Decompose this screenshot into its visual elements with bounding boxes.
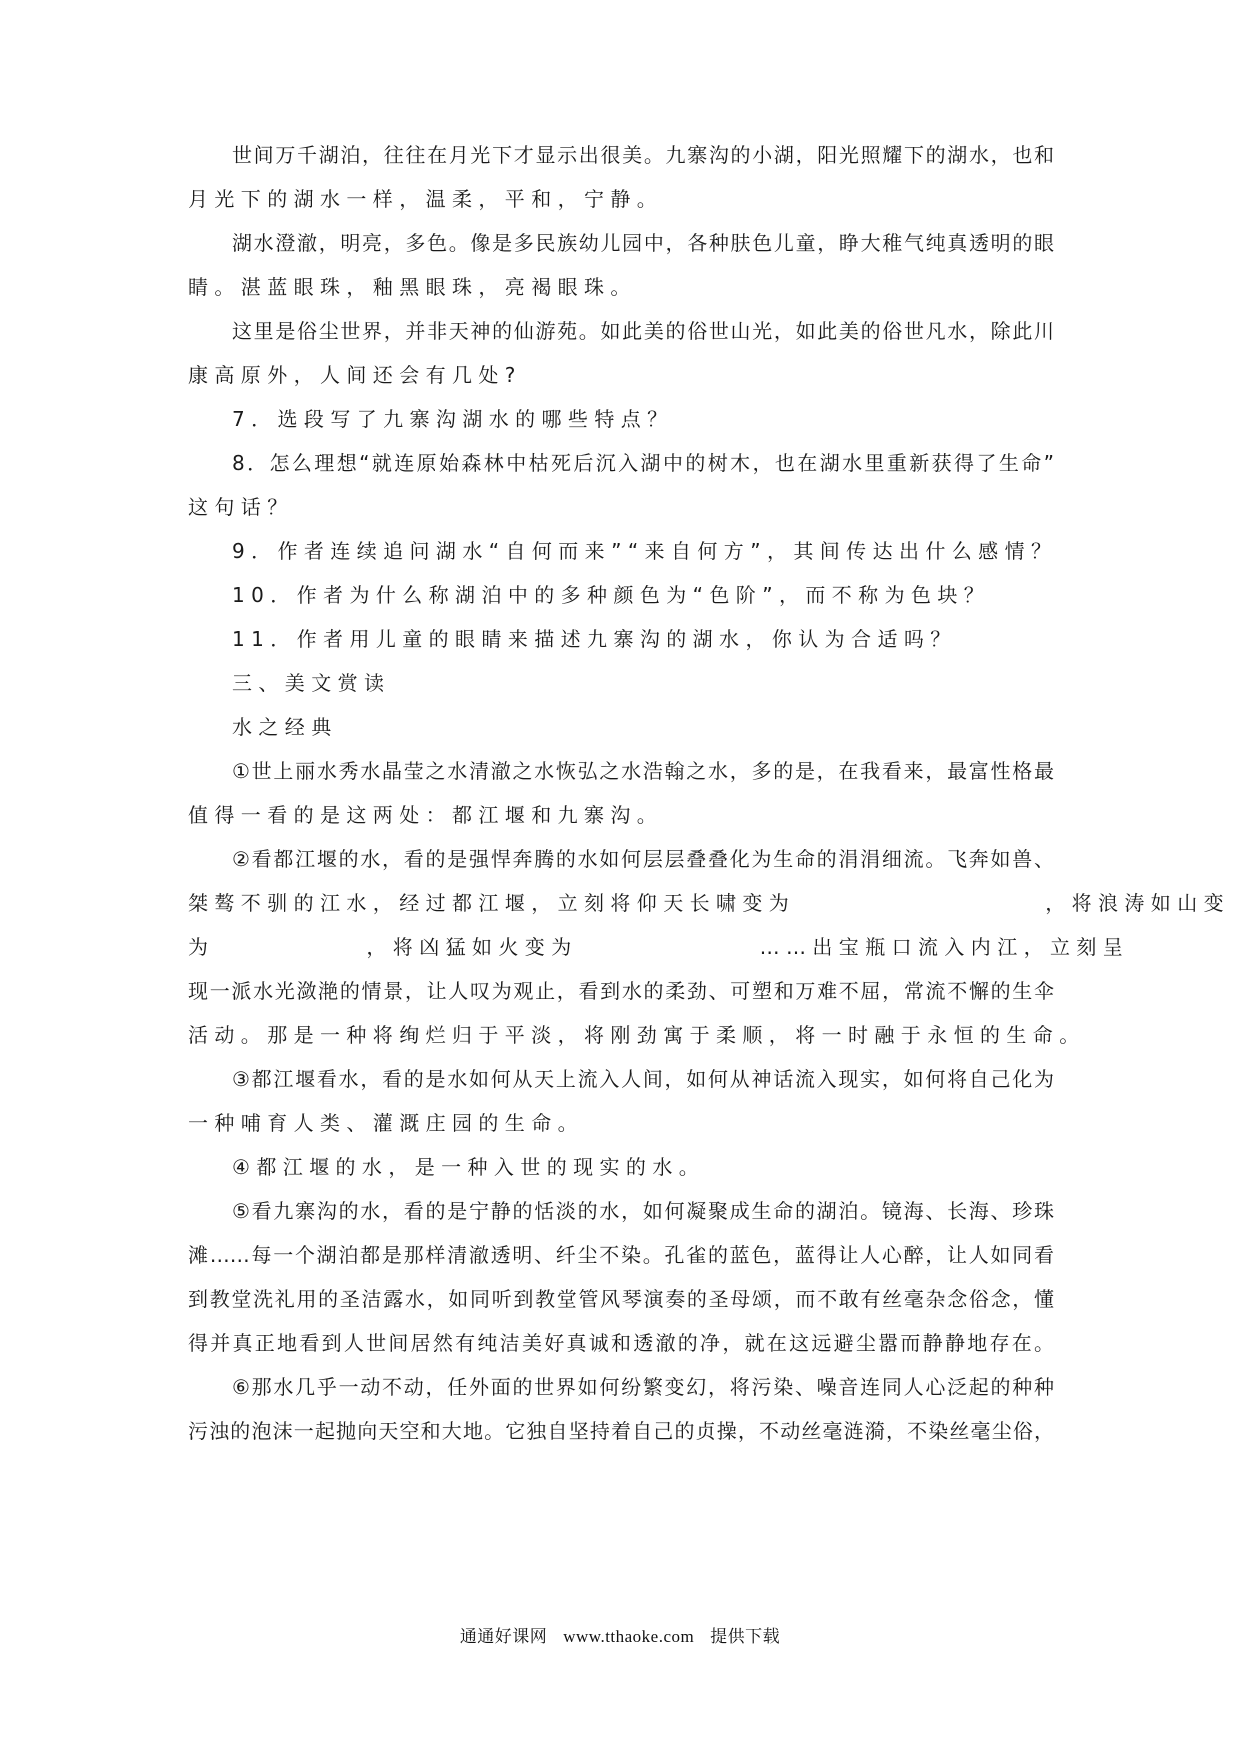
text-line: 10．作者为什么称湖泊中的多种颜色为“色阶”，而不称为色块？ [188, 573, 1054, 617]
text-line: ⑤看九寨沟的水，看的是宁静的恬淡的水，如何凝聚成生命的湖泊。镜海、长海、珍珠 [188, 1189, 1054, 1233]
text-line: 活动。那是一种将绚烂归于平淡，将刚劲寓于柔顺，将一时融于永恒的生命。 [188, 1013, 1054, 1057]
text-line: 8．怎么理想“就连原始森林中枯死后沉入湖中的树木，也在湖水里重新获得了生命” [188, 441, 1054, 485]
footer-site-name: 通通好课网 [460, 1627, 548, 1647]
text-line: ①世上丽水秀水晶莹之水清澈之水恢弘之水浩翰之水，多的是，在我看来，最富性格最 [188, 749, 1054, 793]
text-line: 三、美文赏读 [188, 661, 1054, 705]
page-footer: 通通好课网 www.tthaoke.com 提供下载 [0, 1622, 1240, 1652]
text-line: 康高原外，人间还会有几处? [188, 353, 1054, 397]
text-line: 得并真正地看到人世间居然有纯洁美好真诚和透澈的净，就在这远避尘嚣而静静地存在。 [188, 1321, 1054, 1365]
text-line: ②看都江堰的水，看的是强悍奔腾的水如何层层叠叠化为生命的涓涓细流。飞奔如兽、 [188, 837, 1054, 881]
line-text: 为 [188, 935, 214, 959]
text-line: 污浊的泡沫一起抛向天空和大地。它独自坚持着自己的贞操，不动丝毫涟漪，不染丝毫尘俗… [188, 1409, 1054, 1453]
line-text-tail: ……出宝瓶口流入内江，立刻呈 [760, 935, 1130, 959]
document-page: 世间万千湖泊，往往在月光下才显示出很美。九寨沟的小湖，阳光照耀下的湖水，也和月光… [188, 133, 1054, 1453]
text-line: 桀骜不驯的江水，经过都江堰，立刻将仰天长啸变为，将浪涛如山变 [188, 881, 1054, 925]
line-text: 桀骜不驯的江水，经过都江堰，立刻将仰天长啸变为 [188, 891, 795, 915]
text-line: 水之经典 [188, 705, 1054, 749]
text-line: 这句话？ [188, 485, 1054, 529]
text-line: 7．选段写了九寨沟湖水的哪些特点？ [188, 397, 1054, 441]
text-line: 月光下的湖水一样，温柔，平和，宁静。 [188, 177, 1054, 221]
text-line: ④都江堰的水，是一种入世的现实的水。 [188, 1145, 1054, 1189]
footer-url: www.tthaoke.com [563, 1627, 694, 1646]
text-line: 睛。湛蓝眼珠，釉黑眼珠，亮褐眼珠。 [188, 265, 1054, 309]
line-text-tail: ，将凶猛如火变为 [366, 935, 577, 959]
text-line: 这里是俗尘世界，并非天神的仙游苑。如此美的俗世山光，如此美的俗世凡水，除此川 [188, 309, 1054, 353]
text-line: 世间万千湖泊，往往在月光下才显示出很美。九寨沟的小湖，阳光照耀下的湖水，也和 [188, 133, 1054, 177]
text-line: 值得一看的是这两处：都江堰和九寨沟。 [188, 793, 1054, 837]
text-line: 到教堂洗礼用的圣洁露水，如同听到教堂管风琴演奏的圣母颂，而不敢有丝毫杂念俗念，懂 [188, 1277, 1054, 1321]
text-line: 一种哺育人类、灌溉庄园的生命。 [188, 1101, 1054, 1145]
text-line: ③都江堰看水，看的是水如何从天上流入人间，如何从神话流入现实，如何将自己化为 [188, 1057, 1054, 1101]
footer-suffix: 提供下载 [710, 1627, 780, 1647]
text-line: 湖水澄澈，明亮，多色。像是多民族幼儿园中，各种肤色儿童，睁大稚气纯真透明的眼 [188, 221, 1054, 265]
text-line: 现一派水光潋滟的情景，让人叹为观止，看到水的柔劲、可塑和万难不屈，常流不懈的生伞 [188, 969, 1054, 1013]
text-line: 为，将凶猛如火变为……出宝瓶口流入内江，立刻呈 [188, 925, 1054, 969]
text-line: 11．作者用儿童的眼睛来描述九寨沟的湖水，你认为合适吗？ [188, 617, 1054, 661]
text-line: 9．作者连续追问湖水“自何而来”“来自何方”，其间传达出什么感情？ [188, 529, 1054, 573]
text-line: ⑥那水几乎一动不动，任外面的世界如何纷繁变幻，将污染、噪音连同人心泛起的种种 [188, 1365, 1054, 1409]
text-line: 滩……每一个湖泊都是那样清澈透明、纤尘不染。孔雀的蓝色，蓝得让人心醉，让人如同看 [188, 1233, 1054, 1277]
line-text-tail: ，将浪涛如山变 [1045, 891, 1230, 915]
